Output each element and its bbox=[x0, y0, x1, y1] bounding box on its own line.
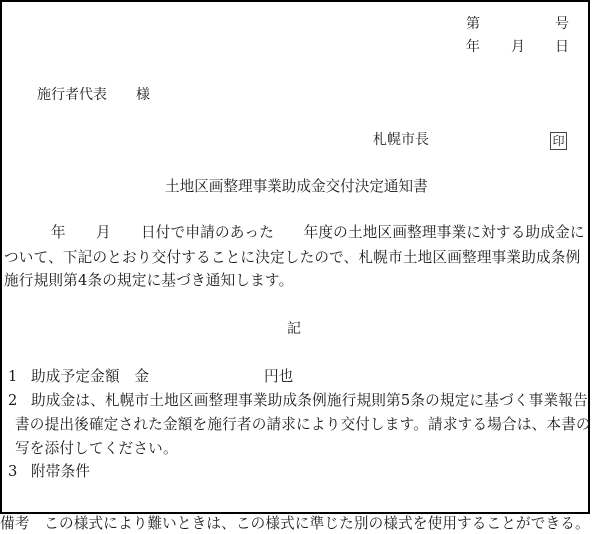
addressee-honorific: 様 bbox=[136, 86, 150, 104]
body-line-3: 施行規則第4条の規定に基づき通知します。 bbox=[4, 272, 293, 290]
sender-title: 札幌市長 bbox=[373, 131, 429, 149]
item-2-line-1: 助成金は、札幌市土地区画整理事業助成条例施行規則第5条の規定に基づく事業報告 bbox=[31, 392, 588, 410]
body-month: 月 bbox=[96, 224, 111, 242]
number-prefix: 第 bbox=[466, 15, 480, 33]
item-2-number: 2 bbox=[8, 392, 18, 410]
addressee-label: 施行者代表 bbox=[37, 86, 107, 104]
item-3-label: 附帯条件 bbox=[31, 463, 90, 481]
number-suffix: 号 bbox=[555, 15, 569, 33]
body-line-2: ついて、下記のとおり交付することに決定したので、札幌市土地区画整理事業助成条例 bbox=[4, 249, 580, 267]
item-1-number: 1 bbox=[8, 368, 18, 386]
item-2-line-3: 写を添付してください。 bbox=[15, 440, 178, 458]
item-1-suffix: 円也 bbox=[264, 368, 294, 386]
body-year: 年 bbox=[51, 224, 66, 242]
item-2-line-2: 書の提出後確定された金額を施行者の請求により交付します。請求する場合は、本書の bbox=[15, 416, 591, 434]
date-day: 日 bbox=[555, 38, 569, 56]
item-3-number: 3 bbox=[8, 463, 18, 481]
date-year: 年 bbox=[466, 38, 480, 56]
seal-mark: 印 bbox=[550, 132, 567, 150]
date-month: 月 bbox=[511, 38, 525, 56]
document-title: 土地区画整理事業助成金交付決定通知書 bbox=[165, 178, 428, 196]
ki-heading: 記 bbox=[287, 320, 301, 338]
footnote-remark: 備考 この様式により難いときは、この様式に準じた別の様式を使用することができる。 bbox=[0, 515, 590, 533]
body-line-1: 日付で申請のあった 年度の土地区画整理事業に対する助成金に bbox=[141, 224, 585, 242]
item-1-label: 助成予定金額 金 bbox=[31, 368, 149, 386]
